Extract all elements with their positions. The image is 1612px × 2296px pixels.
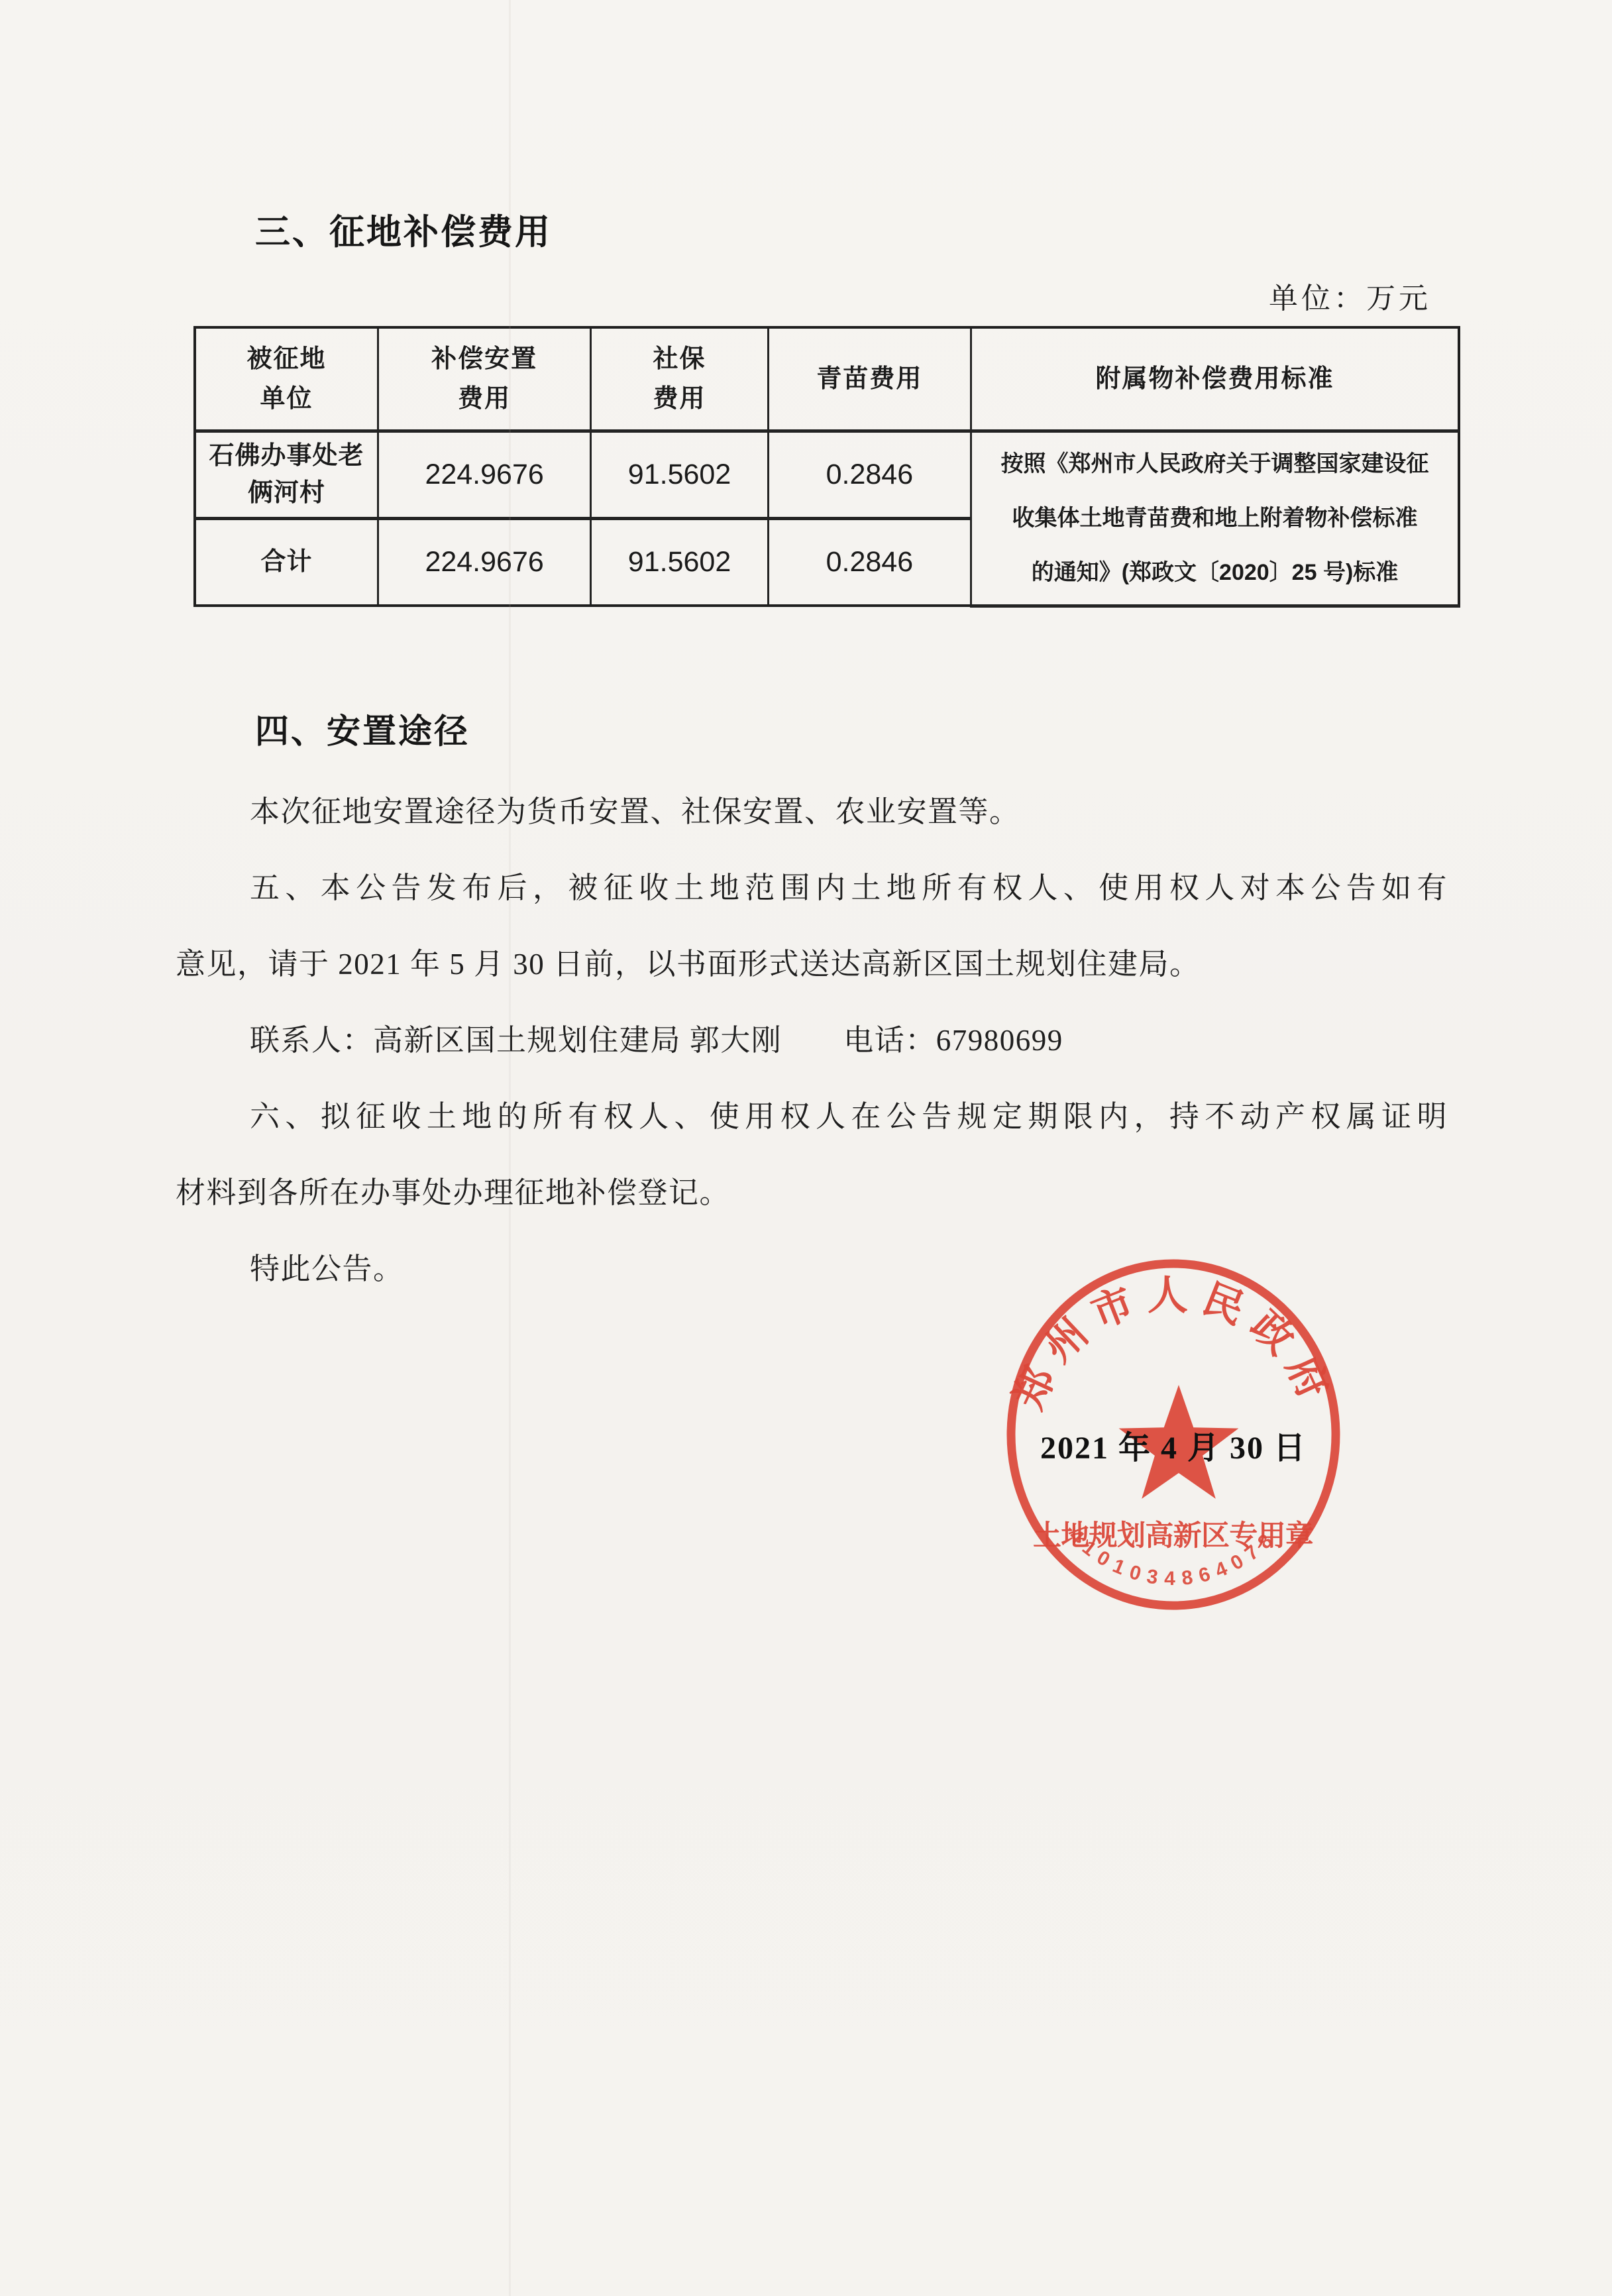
cell-village-resettlement: 224.9676	[378, 431, 590, 518]
contact-line: 联系人：高新区国土规划住建局 郭大刚 电话：67980699	[176, 1003, 1448, 1079]
table-row-village: 石佛办事处老 俩河村 224.9676 91.5602 0.2846 按照《郑州…	[195, 431, 1459, 518]
cell-village-social: 91.5602	[591, 431, 769, 518]
paragraph-6-line-2: 材料到各所在办事处办理征地补偿登记。	[176, 1155, 1448, 1231]
cell-total-social: 91.5602	[591, 518, 769, 606]
paragraph-5-line-1: 五、本公告发布后，被征收土地范围内土地所有权人、使用权人对本公告如有	[176, 850, 1448, 926]
table-unit-label: 单位：万元	[1232, 274, 1431, 317]
paragraph-resettlement-methods: 本次征地安置途径为货币安置、社保安置、农业安置等。	[176, 774, 1448, 850]
header-resettlement-fee: 补偿安置 费用	[378, 327, 590, 431]
body-paragraphs: 本次征地安置途径为货币安置、社保安置、农业安置等。 五、本公告发布后，被征收土地…	[176, 774, 1448, 1307]
section-4-heading: 四、安置途径	[255, 704, 470, 753]
issue-date: 2021 年 4 月 30 日	[991, 1422, 1356, 1468]
scanned-document-page: 三、征地补偿费用 单位：万元 被征地 单位 补偿安置 费用 社保 费用	[0, 0, 1612, 2296]
cell-attachment-note: 按照《郑州市人民政府关于调整国家建设征 收集体土地青苗费和地上附着物补偿标准 的…	[971, 431, 1459, 606]
section-3-heading: 三、征地补偿费用	[255, 204, 552, 254]
paragraph-6-line-1: 六、拟征收土地的所有权人、使用权人在公告规定期限内，持不动产权属证明	[176, 1079, 1448, 1155]
cell-total-seedling: 0.2846	[768, 518, 971, 606]
compensation-table: 被征地 单位 补偿安置 费用 社保 费用 青苗费用 附属物补偿费用标准	[193, 326, 1460, 608]
header-seedling-fee: 青苗费用	[768, 327, 971, 431]
table-header-row: 被征地 单位 补偿安置 费用 社保 费用 青苗费用 附属物补偿费用标准	[195, 327, 1459, 431]
header-attachment-standard: 附属物补偿费用标准	[971, 327, 1459, 431]
paragraph-5-line-2: 意见，请于 2021 年 5 月 30 日前，以书面形式送达高新区国土规划住建局…	[176, 926, 1448, 1003]
cell-total-label: 合计	[195, 518, 378, 606]
cell-total-resettlement: 224.9676	[378, 518, 590, 606]
seal-ring-text: 郑州市人民政府	[1006, 1273, 1341, 1415]
cell-village-name: 石佛办事处老 俩河村	[195, 431, 378, 518]
cell-village-seedling: 0.2846	[768, 431, 971, 518]
header-social-security-fee: 社保 费用	[591, 327, 769, 431]
header-expropriated-unit: 被征地 单位	[195, 327, 378, 431]
